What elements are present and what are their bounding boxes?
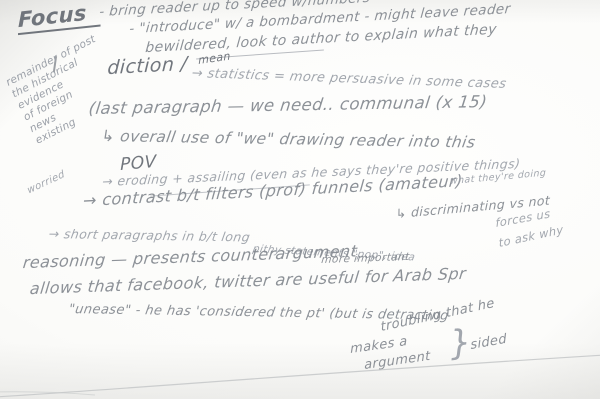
page-curl-line [0, 0, 600, 399]
handwritten-notes-photo: Focus - bring reader up to speed w/numbe… [0, 0, 600, 399]
